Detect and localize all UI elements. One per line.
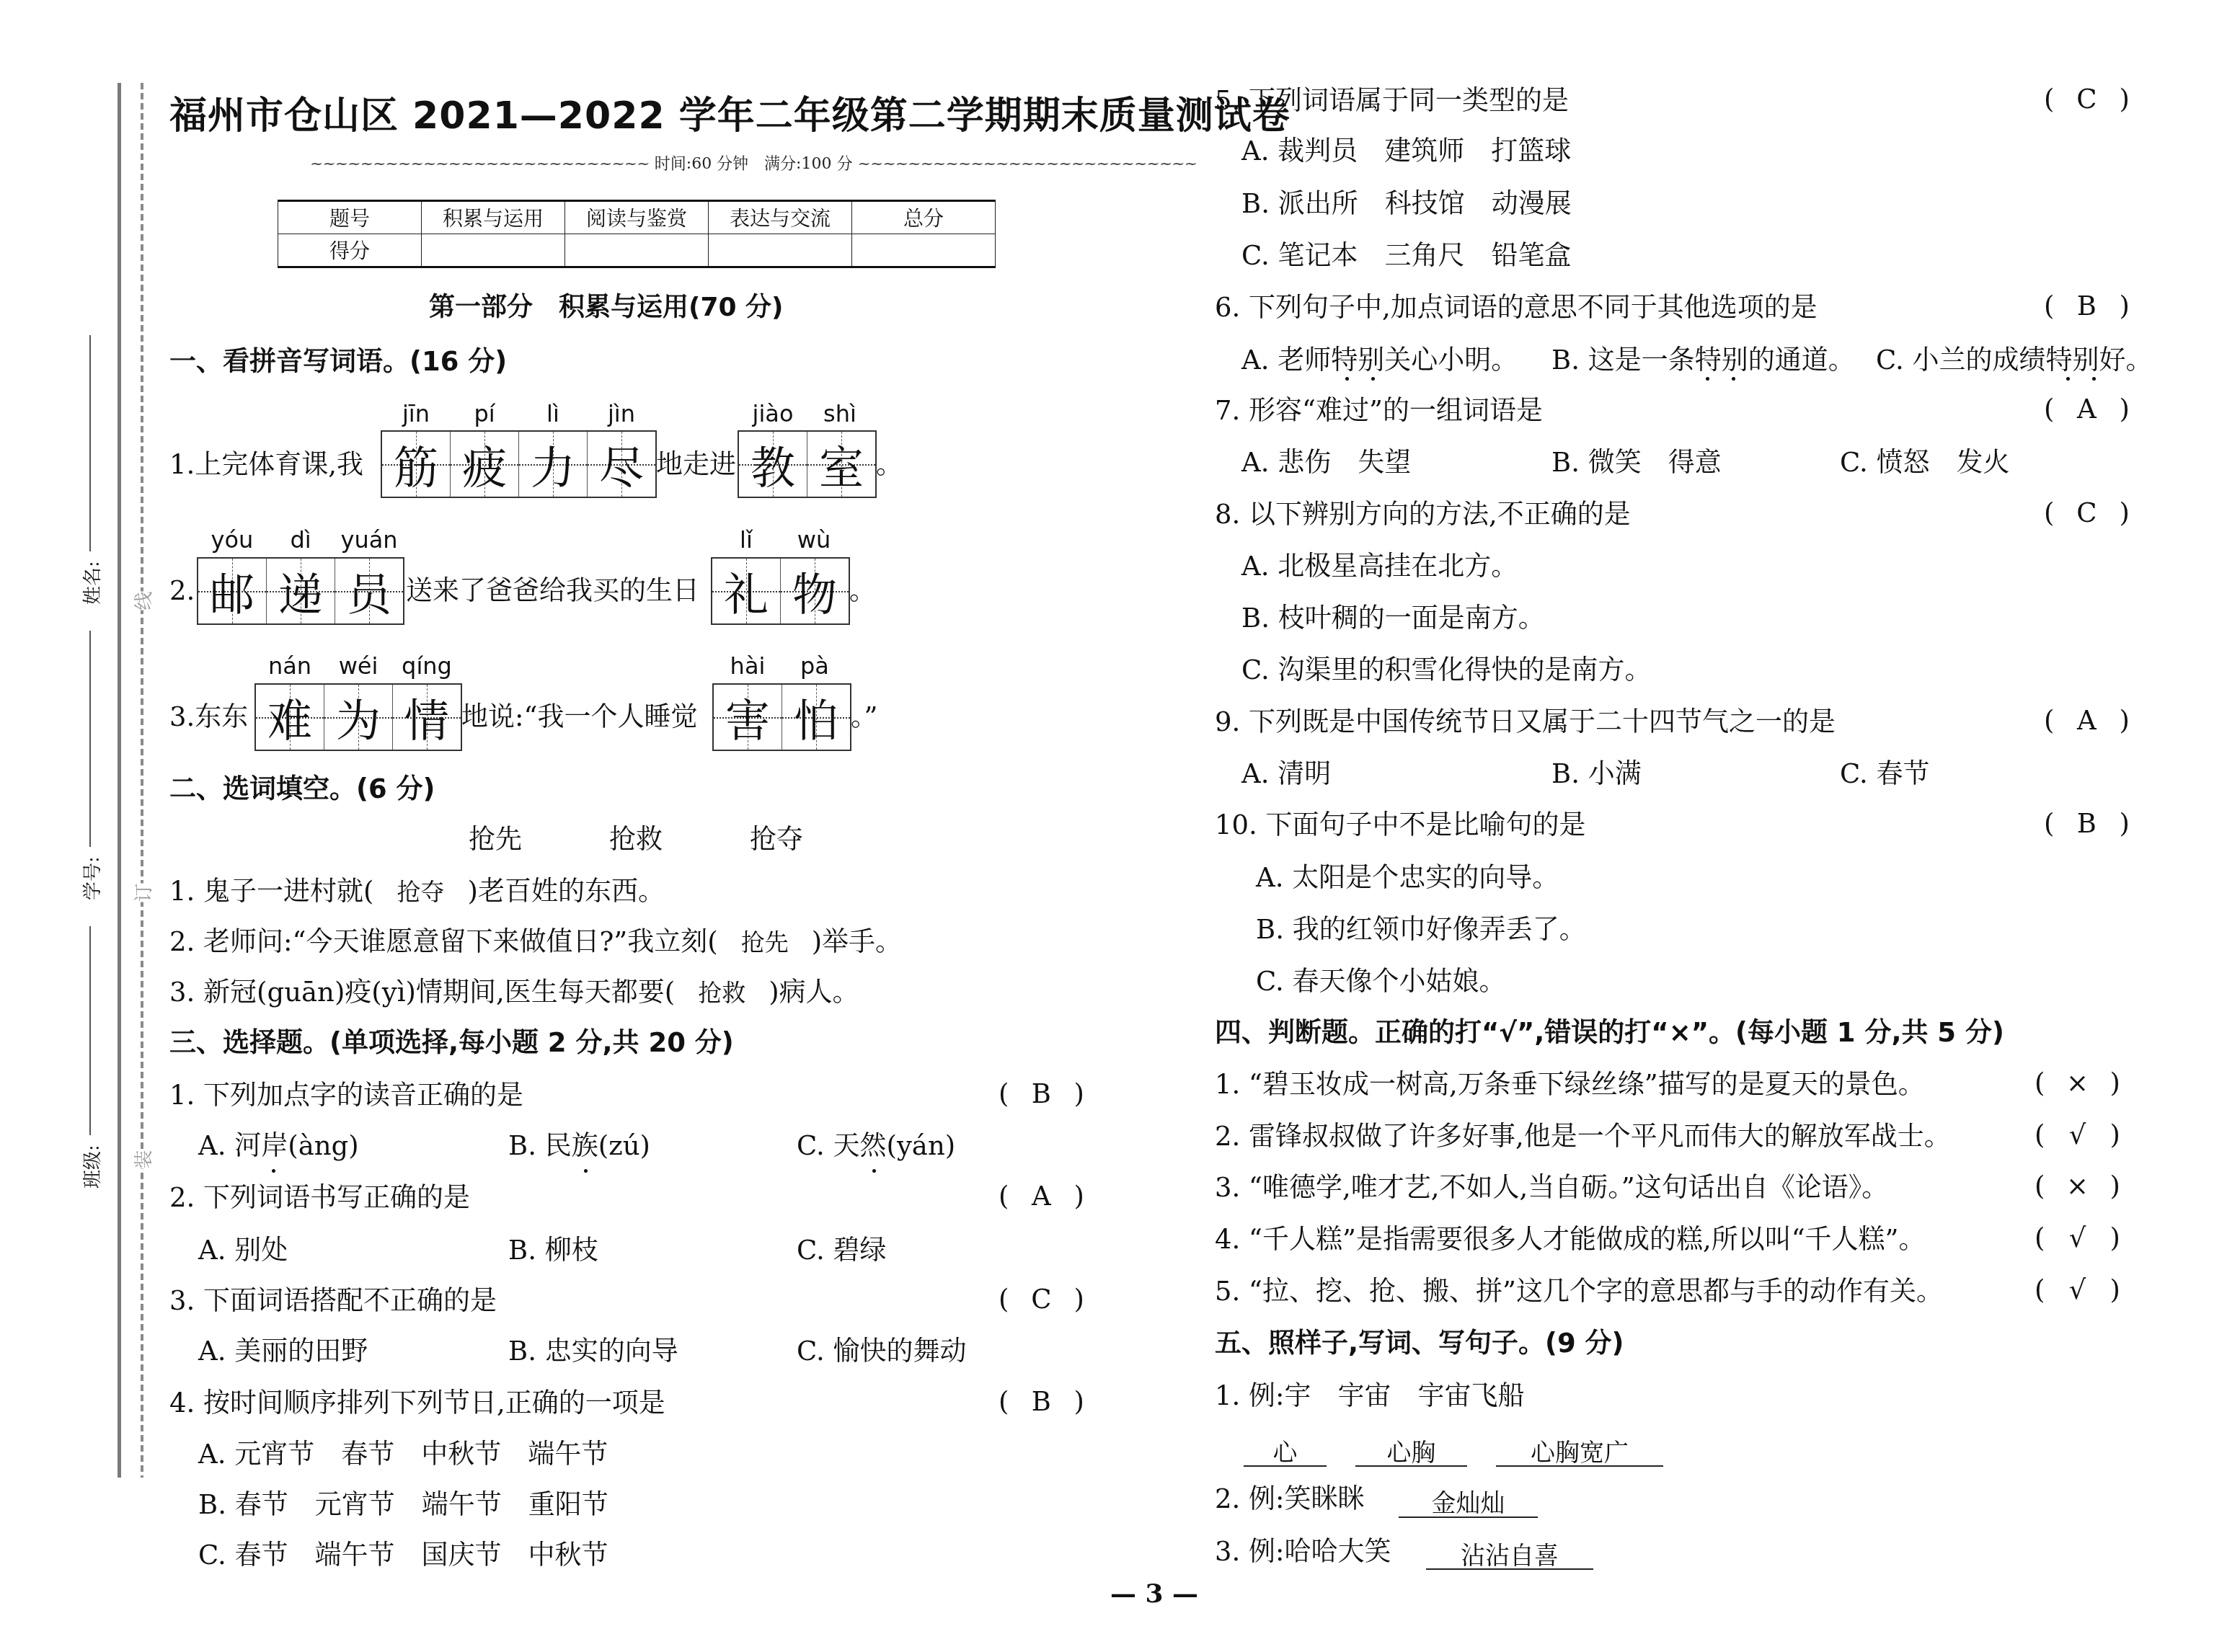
char-cell[interactable]: 力 bbox=[519, 432, 588, 497]
option[interactable]: C. 天然(yán) bbox=[797, 1130, 955, 1162]
s1-q2-text-after: 。 bbox=[849, 575, 876, 607]
option[interactable]: C. 笔记本 三角尺 铅笔盒 bbox=[1241, 240, 1572, 272]
pinyin: yuán bbox=[335, 526, 403, 554]
answer-value[interactable]: C bbox=[1009, 1284, 1073, 1315]
option[interactable]: B. 派出所 科技馆 动漫展 bbox=[1241, 188, 1572, 220]
s2-item-after: )病人。 bbox=[769, 977, 859, 1008]
s5-answer[interactable]: 金灿灿 bbox=[1399, 1483, 1538, 1519]
option[interactable]: B. 民族(zú) bbox=[508, 1130, 650, 1162]
answer-value[interactable]: A bbox=[1009, 1181, 1073, 1212]
option[interactable]: C. 碧绿 bbox=[797, 1235, 887, 1266]
s2-answer[interactable]: 抢救 bbox=[675, 977, 769, 1009]
answer-value[interactable]: C bbox=[2054, 497, 2119, 528]
emphasis-dot bbox=[584, 1169, 588, 1173]
score-table: 题号 积累与运用 阅读与鉴赏 表达与交流 总分 得分 bbox=[278, 200, 996, 268]
emphasis-dot bbox=[272, 1169, 275, 1173]
part-one-title: 第一部分 积累与运用(70 分) bbox=[429, 292, 784, 324]
pinyin: wù bbox=[780, 526, 848, 554]
class-label: 班级: bbox=[78, 1145, 105, 1189]
pinyin: jìn bbox=[588, 400, 655, 427]
option[interactable]: A. 裁判员 建筑师 打篮球 bbox=[1241, 136, 1571, 167]
score-row-label: 得分 bbox=[278, 234, 422, 267]
option[interactable]: A. 河岸(àng) bbox=[198, 1130, 359, 1162]
option[interactable]: A. 元宵节 春节 中秋节 端午节 bbox=[198, 1439, 608, 1470]
section5-title: 五、照样子,写词、写句子。(9 分) bbox=[1215, 1328, 1624, 1359]
pinyin: jiào bbox=[739, 400, 807, 427]
char-cell[interactable]: 筋 bbox=[382, 432, 451, 497]
judge-answer[interactable]: √ bbox=[2045, 1119, 2109, 1150]
s5-example-2: 2. 例:笑眯眯 bbox=[1215, 1483, 1365, 1515]
s3-q3: 3. 下面词语搭配不正确的是 bbox=[169, 1285, 497, 1317]
option[interactable]: C. 愉快的舞动 bbox=[797, 1336, 967, 1367]
emphasis-dot bbox=[872, 1169, 876, 1173]
s1-q3-text-after: 。” bbox=[851, 701, 877, 733]
char-grid: 邮 递 员 bbox=[197, 557, 404, 625]
char-cell[interactable]: 递 bbox=[267, 559, 335, 623]
option[interactable]: A. 悲伤 失望 bbox=[1241, 447, 1411, 479]
option[interactable]: A. 美丽的田野 bbox=[198, 1336, 368, 1367]
s3-q5: 5. 下列词语属于同一类型的是 bbox=[1215, 85, 1569, 117]
answer-bracket: (C) bbox=[2044, 497, 2130, 528]
score-header: 总分 bbox=[852, 201, 996, 234]
word-bank-item: 抢救 bbox=[609, 824, 663, 856]
char-grid: 礼 物 bbox=[711, 557, 850, 625]
judge-bracket: (√) bbox=[2035, 1119, 2120, 1150]
pinyin: shì bbox=[806, 400, 874, 427]
option[interactable]: B. 柳枝 bbox=[508, 1235, 598, 1266]
emphasis-dot bbox=[1345, 377, 1349, 381]
s2-answer[interactable]: 抢先 bbox=[718, 927, 812, 959]
subtitle-decoration-left: ~~~~~~~~~~~~~~~~~~~~~~~~~~~ bbox=[310, 155, 650, 173]
section3-title: 三、选择题。(单项选择,每小题 2 分,共 20 分) bbox=[169, 1027, 734, 1059]
section2-title: 二、选词填空。(6 分) bbox=[169, 773, 435, 805]
option[interactable]: A. 清明 bbox=[1241, 758, 1331, 790]
option[interactable]: A. 太阳是个忠实的向导。 bbox=[1256, 862, 1559, 894]
score-cell[interactable] bbox=[422, 234, 565, 267]
char-cell[interactable]: 疲 bbox=[451, 432, 519, 497]
s3-q10: 10. 下面句子中不是比喻句的是 bbox=[1215, 809, 1586, 841]
answer-bracket: (B) bbox=[2044, 808, 2130, 839]
class-line[interactable] bbox=[89, 926, 91, 1135]
char-grid: 教 室 bbox=[738, 430, 877, 498]
judge-answer[interactable]: × bbox=[2045, 1171, 2109, 1202]
judge-answer[interactable]: √ bbox=[2045, 1222, 2109, 1253]
option[interactable]: A. 别处 bbox=[198, 1235, 288, 1266]
answer-value[interactable]: A bbox=[2054, 394, 2119, 425]
s1-q1-prefix: 1.上完体育课,我 bbox=[169, 449, 363, 481]
judge-item: 4. “千人糕”是指需要很多人才能做成的糕,所以叫“千人糕”。 bbox=[1215, 1224, 1926, 1256]
name-line[interactable] bbox=[89, 335, 91, 551]
s5-answer[interactable]: 心 bbox=[1244, 1433, 1327, 1468]
option[interactable]: B. 忠实的向导 bbox=[508, 1336, 678, 1367]
page-number: — 3 — bbox=[1110, 1578, 1198, 1609]
answer-bracket: (C) bbox=[999, 1284, 1084, 1315]
option[interactable]: B. 枝叶稠的一面是南方。 bbox=[1241, 603, 1545, 634]
char-cell[interactable]: 礼 bbox=[712, 559, 781, 623]
score-cell[interactable] bbox=[709, 234, 852, 267]
s2-answer[interactable]: 抢夺 bbox=[374, 876, 468, 908]
answer-value[interactable]: B bbox=[1009, 1078, 1073, 1109]
answer-value[interactable]: C bbox=[2054, 84, 2119, 115]
pinyin: nán bbox=[256, 652, 324, 680]
judge-item: 2. 雷锋叔叔做了许多好事,他是一个平凡而伟大的解放军战士。 bbox=[1215, 1121, 1951, 1153]
s5-answer[interactable]: 沾沾自喜 bbox=[1426, 1536, 1593, 1571]
pinyin: wéi bbox=[324, 652, 392, 680]
answer-value[interactable]: A bbox=[2054, 705, 2119, 736]
binding-solid-line bbox=[118, 83, 121, 1478]
option[interactable]: C. 春节 bbox=[1840, 758, 1930, 790]
s1-q1-text-after: 。 bbox=[876, 449, 903, 481]
option[interactable]: B. 小满 bbox=[1551, 758, 1642, 790]
answer-bracket: (A) bbox=[999, 1181, 1084, 1212]
name-label: 姓名: bbox=[78, 561, 105, 605]
judge-item: 1. “碧玉妆成一树高,万条垂下绿丝绦”描写的是夏天的景色。 bbox=[1215, 1069, 1925, 1101]
s1-q1-text-before: 上完体育课,我 bbox=[195, 449, 363, 480]
option[interactable]: C. 春天像个小姑娘。 bbox=[1256, 966, 1506, 998]
s3-q2: 2. 下列词语书写正确的是 bbox=[169, 1182, 470, 1214]
s1-q3-prefix: 3.东东 bbox=[169, 701, 248, 733]
judge-answer[interactable]: √ bbox=[2045, 1274, 2109, 1305]
pinyin: hài bbox=[714, 652, 782, 680]
option[interactable]: C. 愤怒 发火 bbox=[1840, 447, 2010, 479]
emphasis-dot bbox=[2092, 377, 2096, 381]
char-cell[interactable]: 员 bbox=[335, 559, 403, 623]
answer-underline bbox=[1355, 1465, 1467, 1467]
s1-q1-text-middle: 地走进 bbox=[656, 449, 736, 481]
s1-q2-num: 2. bbox=[169, 575, 195, 607]
char-grid: 难 为 情 bbox=[254, 683, 462, 751]
s2-item-3: 3. 新冠(guān)疫(yì)情期间,医生每天都要(抢救)病人。 bbox=[169, 977, 859, 1009]
judge-answer[interactable]: × bbox=[2045, 1067, 2109, 1098]
s1-q2-text-middle: 送来了爸爸给我买的生日 bbox=[406, 575, 699, 607]
student-id-label: 学号: bbox=[78, 856, 105, 900]
option[interactable]: C. 沟渠里的积雪化得快的是南方。 bbox=[1241, 654, 1652, 686]
score-header: 表达与交流 bbox=[709, 201, 852, 234]
char-cell[interactable]: 情 bbox=[393, 685, 461, 750]
word-bank-item: 抢先 bbox=[469, 824, 522, 856]
exam-subtitle: ~~~~~~~~~~~~~~~~~~~~~~~~~~~ 时间:60 分钟 满分:… bbox=[310, 151, 1197, 174]
option[interactable]: B. 我的红领巾好像弄丢了。 bbox=[1256, 914, 1586, 946]
answer-value[interactable]: B bbox=[2054, 290, 2119, 321]
s5-example-3: 3. 例:哈哈大笑 bbox=[1215, 1536, 1391, 1568]
char-cell[interactable]: 难 bbox=[256, 685, 324, 750]
exam-time-score: 时间:60 分钟 满分:100 分 bbox=[655, 155, 853, 173]
score-table-header-row: 题号 积累与运用 阅读与鉴赏 表达与交流 总分 bbox=[278, 201, 996, 234]
pinyin: jīn bbox=[382, 400, 450, 427]
score-header: 题号 bbox=[278, 201, 422, 234]
s1-q3-num: 3. bbox=[169, 701, 195, 732]
cut-mark-zhuang: 装 bbox=[129, 1150, 156, 1168]
s2-item-2: 2. 老师问:“今天谁愿意留下来做值日?”我立刻(抢先)举手。 bbox=[169, 926, 902, 959]
s3-q1: 1. 下列加点字的读音正确的是 bbox=[169, 1080, 523, 1111]
answer-bracket: (B) bbox=[999, 1386, 1084, 1417]
char-cell[interactable]: 邮 bbox=[198, 559, 267, 623]
char-cell[interactable]: 教 bbox=[739, 432, 807, 497]
emphasis-dot bbox=[1732, 377, 1735, 381]
s5-answer[interactable]: 心胸宽广 bbox=[1496, 1433, 1663, 1468]
cut-mark-xian: 线 bbox=[129, 591, 156, 610]
option[interactable]: A. 北极星高挂在北方。 bbox=[1241, 551, 1518, 582]
s1-q1-num: 1. bbox=[169, 449, 195, 480]
section4-title: 四、判断题。正确的打“√”,错误的打“×”。(每小题 1 分,共 5 分) bbox=[1215, 1017, 2004, 1049]
s2-item-before: 1. 鬼子一进村就( bbox=[169, 876, 374, 907]
subtitle-decoration-right: ~~~~~~~~~~~~~~~~~~~~~~~~~~~ bbox=[858, 155, 1197, 173]
s1-q3-text-before: 东东 bbox=[195, 701, 248, 732]
judge-bracket: (×) bbox=[2035, 1171, 2120, 1202]
char-grid: 害 怕 bbox=[712, 683, 851, 751]
pinyin: qíng bbox=[393, 652, 461, 680]
score-header: 阅读与鉴赏 bbox=[565, 201, 709, 234]
s2-item-before: 3. 新冠(guān)疫(yì)情期间,医生每天都要( bbox=[169, 977, 675, 1008]
emphasis-dot bbox=[1706, 377, 1709, 381]
char-cell[interactable]: 为 bbox=[324, 685, 393, 750]
judge-item: 3. “唯德学,唯才艺,不如人,当自砺。”这句话出自《论语》。 bbox=[1215, 1172, 1888, 1204]
binding-dashed-line bbox=[141, 83, 143, 1478]
score-cell[interactable] bbox=[565, 234, 709, 267]
answer-bracket: (A) bbox=[2044, 394, 2130, 425]
s1-q3-text-middle: 地说:“我一个人睡觉 bbox=[461, 701, 697, 733]
pinyin: yóu bbox=[198, 526, 266, 554]
option[interactable]: A. 老师特别关心小明。 bbox=[1241, 345, 1518, 376]
student-id-line[interactable] bbox=[89, 631, 91, 847]
pinyin: dì bbox=[267, 526, 335, 554]
s2-item-1: 1. 鬼子一进村就(抢夺)老百姓的东西。 bbox=[169, 876, 665, 908]
char-cell[interactable]: 物 bbox=[781, 559, 849, 623]
answer-bracket: (B) bbox=[2044, 290, 2130, 321]
emphasis-dot bbox=[1371, 377, 1375, 381]
s2-item-after: )举手。 bbox=[812, 926, 902, 957]
exam-title: 福州市仓山区 2021—2022 学年二年级第二学期期末质量测试卷 bbox=[169, 85, 1290, 139]
s2-item-before: 2. 老师问:“今天谁愿意留下来做值日?”我立刻( bbox=[169, 926, 718, 957]
pinyin: lǐ bbox=[712, 526, 780, 554]
score-table-score-row: 得分 bbox=[278, 234, 996, 267]
option[interactable]: B. 春节 元宵节 端午节 重阳节 bbox=[198, 1489, 608, 1521]
option[interactable]: C. 春节 端午节 国庆节 中秋节 bbox=[198, 1540, 608, 1571]
word-bank-item: 抢夺 bbox=[750, 824, 803, 856]
s5-answer[interactable]: 心胸 bbox=[1355, 1433, 1467, 1468]
s5-example-1: 1. 例:宇 宇宙 宇宙飞船 bbox=[1215, 1380, 1525, 1412]
char-grid: 筋 疲 力 尽 bbox=[381, 430, 657, 498]
char-cell[interactable]: 怕 bbox=[782, 685, 850, 750]
answer-value[interactable]: B bbox=[1009, 1386, 1073, 1417]
s3-q4: 4. 按时间顺序排列下列节日,正确的一项是 bbox=[169, 1387, 665, 1419]
option[interactable]: B. 这是一条特别的通道。 bbox=[1551, 345, 1855, 376]
section1-title: 一、看拼音写词语。(16 分) bbox=[169, 346, 507, 378]
answer-bracket: (A) bbox=[2044, 705, 2130, 736]
char-cell[interactable]: 害 bbox=[714, 685, 782, 750]
pinyin: lì bbox=[519, 400, 587, 427]
s3-q9: 9. 下列既是中国传统节日又属于二十四节气之一的是 bbox=[1215, 706, 1836, 738]
answer-bracket: (B) bbox=[999, 1078, 1084, 1109]
answer-value[interactable]: B bbox=[2054, 808, 2119, 839]
s3-q7: 7. 形容“难过”的一组词语是 bbox=[1215, 395, 1543, 427]
emphasis-dot bbox=[2066, 377, 2070, 381]
judge-bracket: (√) bbox=[2035, 1274, 2120, 1305]
s3-q6: 6. 下列句子中,加点词语的意思不同于其他选项的是 bbox=[1215, 292, 1818, 324]
char-cell[interactable]: 室 bbox=[807, 432, 875, 497]
s2-item-after: )老百姓的东西。 bbox=[468, 876, 665, 907]
score-cell[interactable] bbox=[852, 234, 996, 267]
option[interactable]: C. 小兰的成绩特别好。 bbox=[1876, 345, 2153, 376]
answer-underline bbox=[1399, 1516, 1538, 1518]
answer-underline bbox=[1496, 1465, 1663, 1467]
cut-mark-ding: 订 bbox=[129, 883, 156, 902]
answer-underline bbox=[1244, 1465, 1327, 1467]
answer-bracket: (C) bbox=[2044, 84, 2130, 115]
judge-bracket: (√) bbox=[2035, 1222, 2120, 1253]
option[interactable]: B. 微笑 得意 bbox=[1551, 447, 1722, 479]
s3-q8: 8. 以下辨别方向的方法,不正确的是 bbox=[1215, 499, 1631, 530]
score-header: 积累与运用 bbox=[422, 201, 565, 234]
judge-bracket: (×) bbox=[2035, 1067, 2120, 1098]
pinyin: pà bbox=[781, 652, 849, 680]
char-cell[interactable]: 尽 bbox=[588, 432, 655, 497]
answer-underline bbox=[1426, 1568, 1593, 1570]
judge-item: 5. “拉、挖、抢、搬、拼”这几个字的意思都与手的动作有关。 bbox=[1215, 1276, 1943, 1307]
pinyin: pí bbox=[451, 400, 518, 427]
